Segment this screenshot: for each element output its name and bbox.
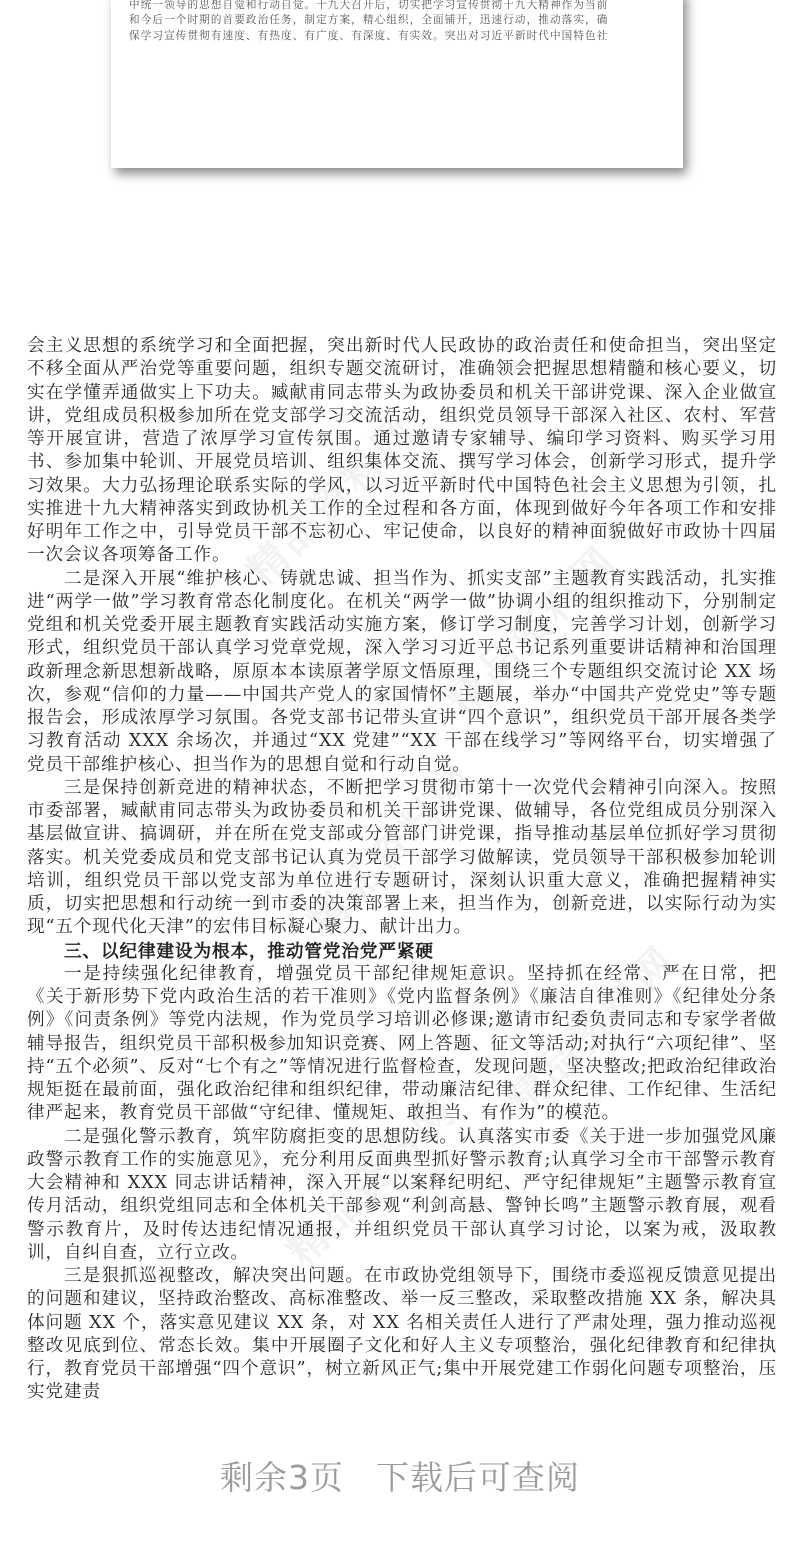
paragraph: 三是狠抓巡视整改，解决突出问题。在市政协党组领导下，围绕市委巡视反馈意见提出的问…: [27, 1265, 777, 1405]
paragraph: 三是保持创新竞进的精神状态，不断把学习贯彻市第十一次党代会精神引向深入。按照市委…: [27, 777, 777, 940]
paragraph-continuation: 会主义思想的系统学习和全面把握，突出新时代人民政协的政治责任和使命担当，突出坚定…: [27, 335, 777, 568]
section-heading: 三、以纪律建设为根本，推动管党治党严紧硬: [27, 940, 777, 963]
remaining-pages-label: 剩余3页: [220, 1458, 344, 1497]
document-body: 会主义思想的系统学习和全面把握，突出新时代人民政协的政治责任和使命担当，突出坚定…: [27, 335, 777, 1405]
page-preview-card: 深刻认识党中央集中统一领导的历史性变革，进一步增强维护以习近平同志为核心的党中央…: [111, 0, 683, 168]
paragraph: 二是强化警示教育，筑牢防腐拒变的思想防线。认真落实市委《关于进一步加强党风廉政警…: [27, 1126, 777, 1266]
preview-line: 保学习宣传贯彻有速度、有热度、有广度、有深度、有实效。突出对习近平新时代中国特色…: [129, 29, 667, 45]
download-hint-label: 下载后可查阅: [376, 1458, 580, 1497]
paragraph: 二是深入开展“维护核心、铸就忠诚、担当作为、抓实支部”主题教育实践活动，扎实推进…: [27, 568, 777, 777]
preview-line: 和今后一个时期的首要政治任务，制定方案，精心组织，全面铺开，迅速行动，推动落实，…: [129, 13, 667, 29]
paragraph: 一是持续强化纪律教育，增强党员干部纪律规矩意识。坚持抓在经常、严在日常，把《关于…: [27, 963, 777, 1126]
preview-line: 中统一领导的思想自觉和行动自觉。十九大召开后，切实把学习宣传贯彻十九大精神作为当…: [129, 0, 667, 13]
page-preview-text: 深刻认识党中央集中统一领导的历史性变革，进一步增强维护以习近平同志为核心的党中央…: [129, 0, 667, 44]
remaining-pages-banner[interactable]: 剩余3页下载后可查阅: [0, 1452, 800, 1499]
